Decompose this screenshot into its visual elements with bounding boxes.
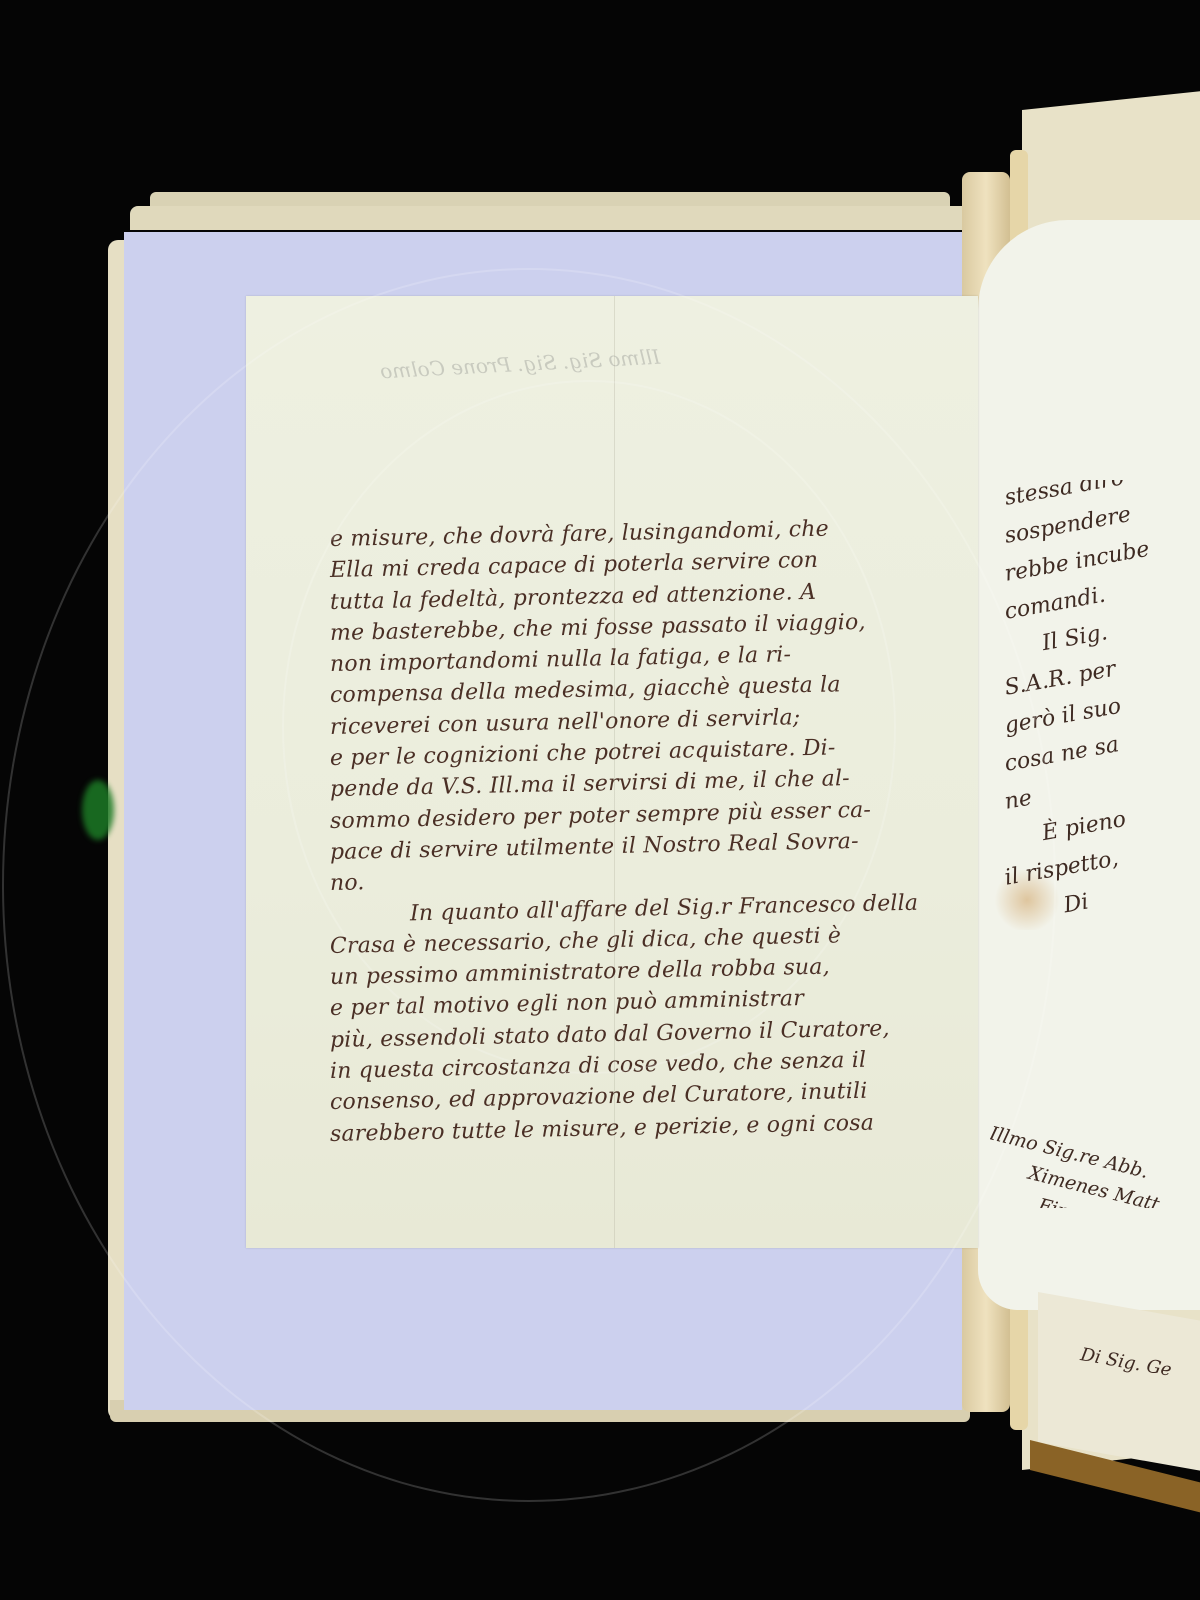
address-block: Illmo Sig.re Abb. Ximenes Matt. Firenze (990, 1118, 1200, 1208)
letter-body: e misure, che dovrà fare, lusingandomi, … (330, 524, 970, 1150)
book-page-edge-top-2 (130, 206, 970, 230)
green-ribbon-tab (82, 780, 114, 840)
right-page-text: stessa dirò sospendere rebbe incube coma… (1005, 480, 1200, 936)
bottom-inserted-slip (1038, 1292, 1200, 1472)
